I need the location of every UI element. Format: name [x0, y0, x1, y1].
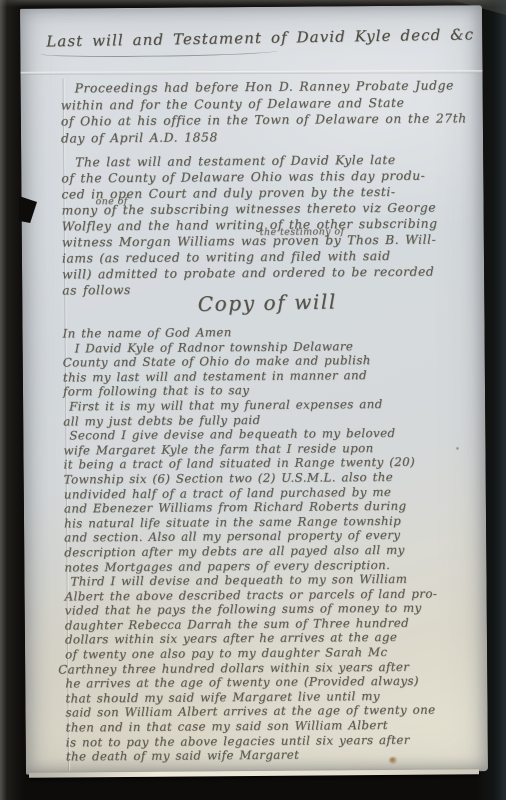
- paper-page: Last will and Testament of David Kyle de…: [20, 5, 488, 775]
- manuscript-line: day of April A.D. 1858: [61, 127, 467, 147]
- rust-stain: [389, 757, 398, 764]
- probate-entry-paragraph: The last will and testament of David Kyl…: [61, 152, 438, 299]
- manuscript-line: of Ohio at his office in the Town of Del…: [61, 110, 467, 130]
- will-body: In the name of God AmenI David Kyle of R…: [62, 324, 438, 765]
- proceedings-paragraph: Proceedings had before Hon D. Ranney Pro…: [61, 77, 467, 146]
- interlinear-insertion-testimony: the testimony of: [260, 226, 345, 238]
- manuscript-line: First it is my will that my funeral expe…: [69, 397, 436, 414]
- manuscript-line: the death of my said wife Margaret: [66, 747, 439, 765]
- manuscript-line: will) admitted to probate and ordered to…: [62, 264, 438, 283]
- manuscript-line: he arrives at the age of twenty one (Pro…: [65, 674, 438, 692]
- document-photo: Last will and Testament of David Kyle de…: [0, 0, 506, 800]
- interlinear-insertion-one-of: one of: [95, 196, 127, 207]
- title-underline-flourish: [40, 47, 278, 58]
- manuscript-line: Second I give devise and bequeath to my …: [69, 426, 436, 443]
- manuscript-line: Proceedings had before Hon D. Ranney Pro…: [75, 77, 467, 97]
- horizontal-fold-crease: [21, 70, 483, 75]
- ink-speck: [455, 446, 459, 450]
